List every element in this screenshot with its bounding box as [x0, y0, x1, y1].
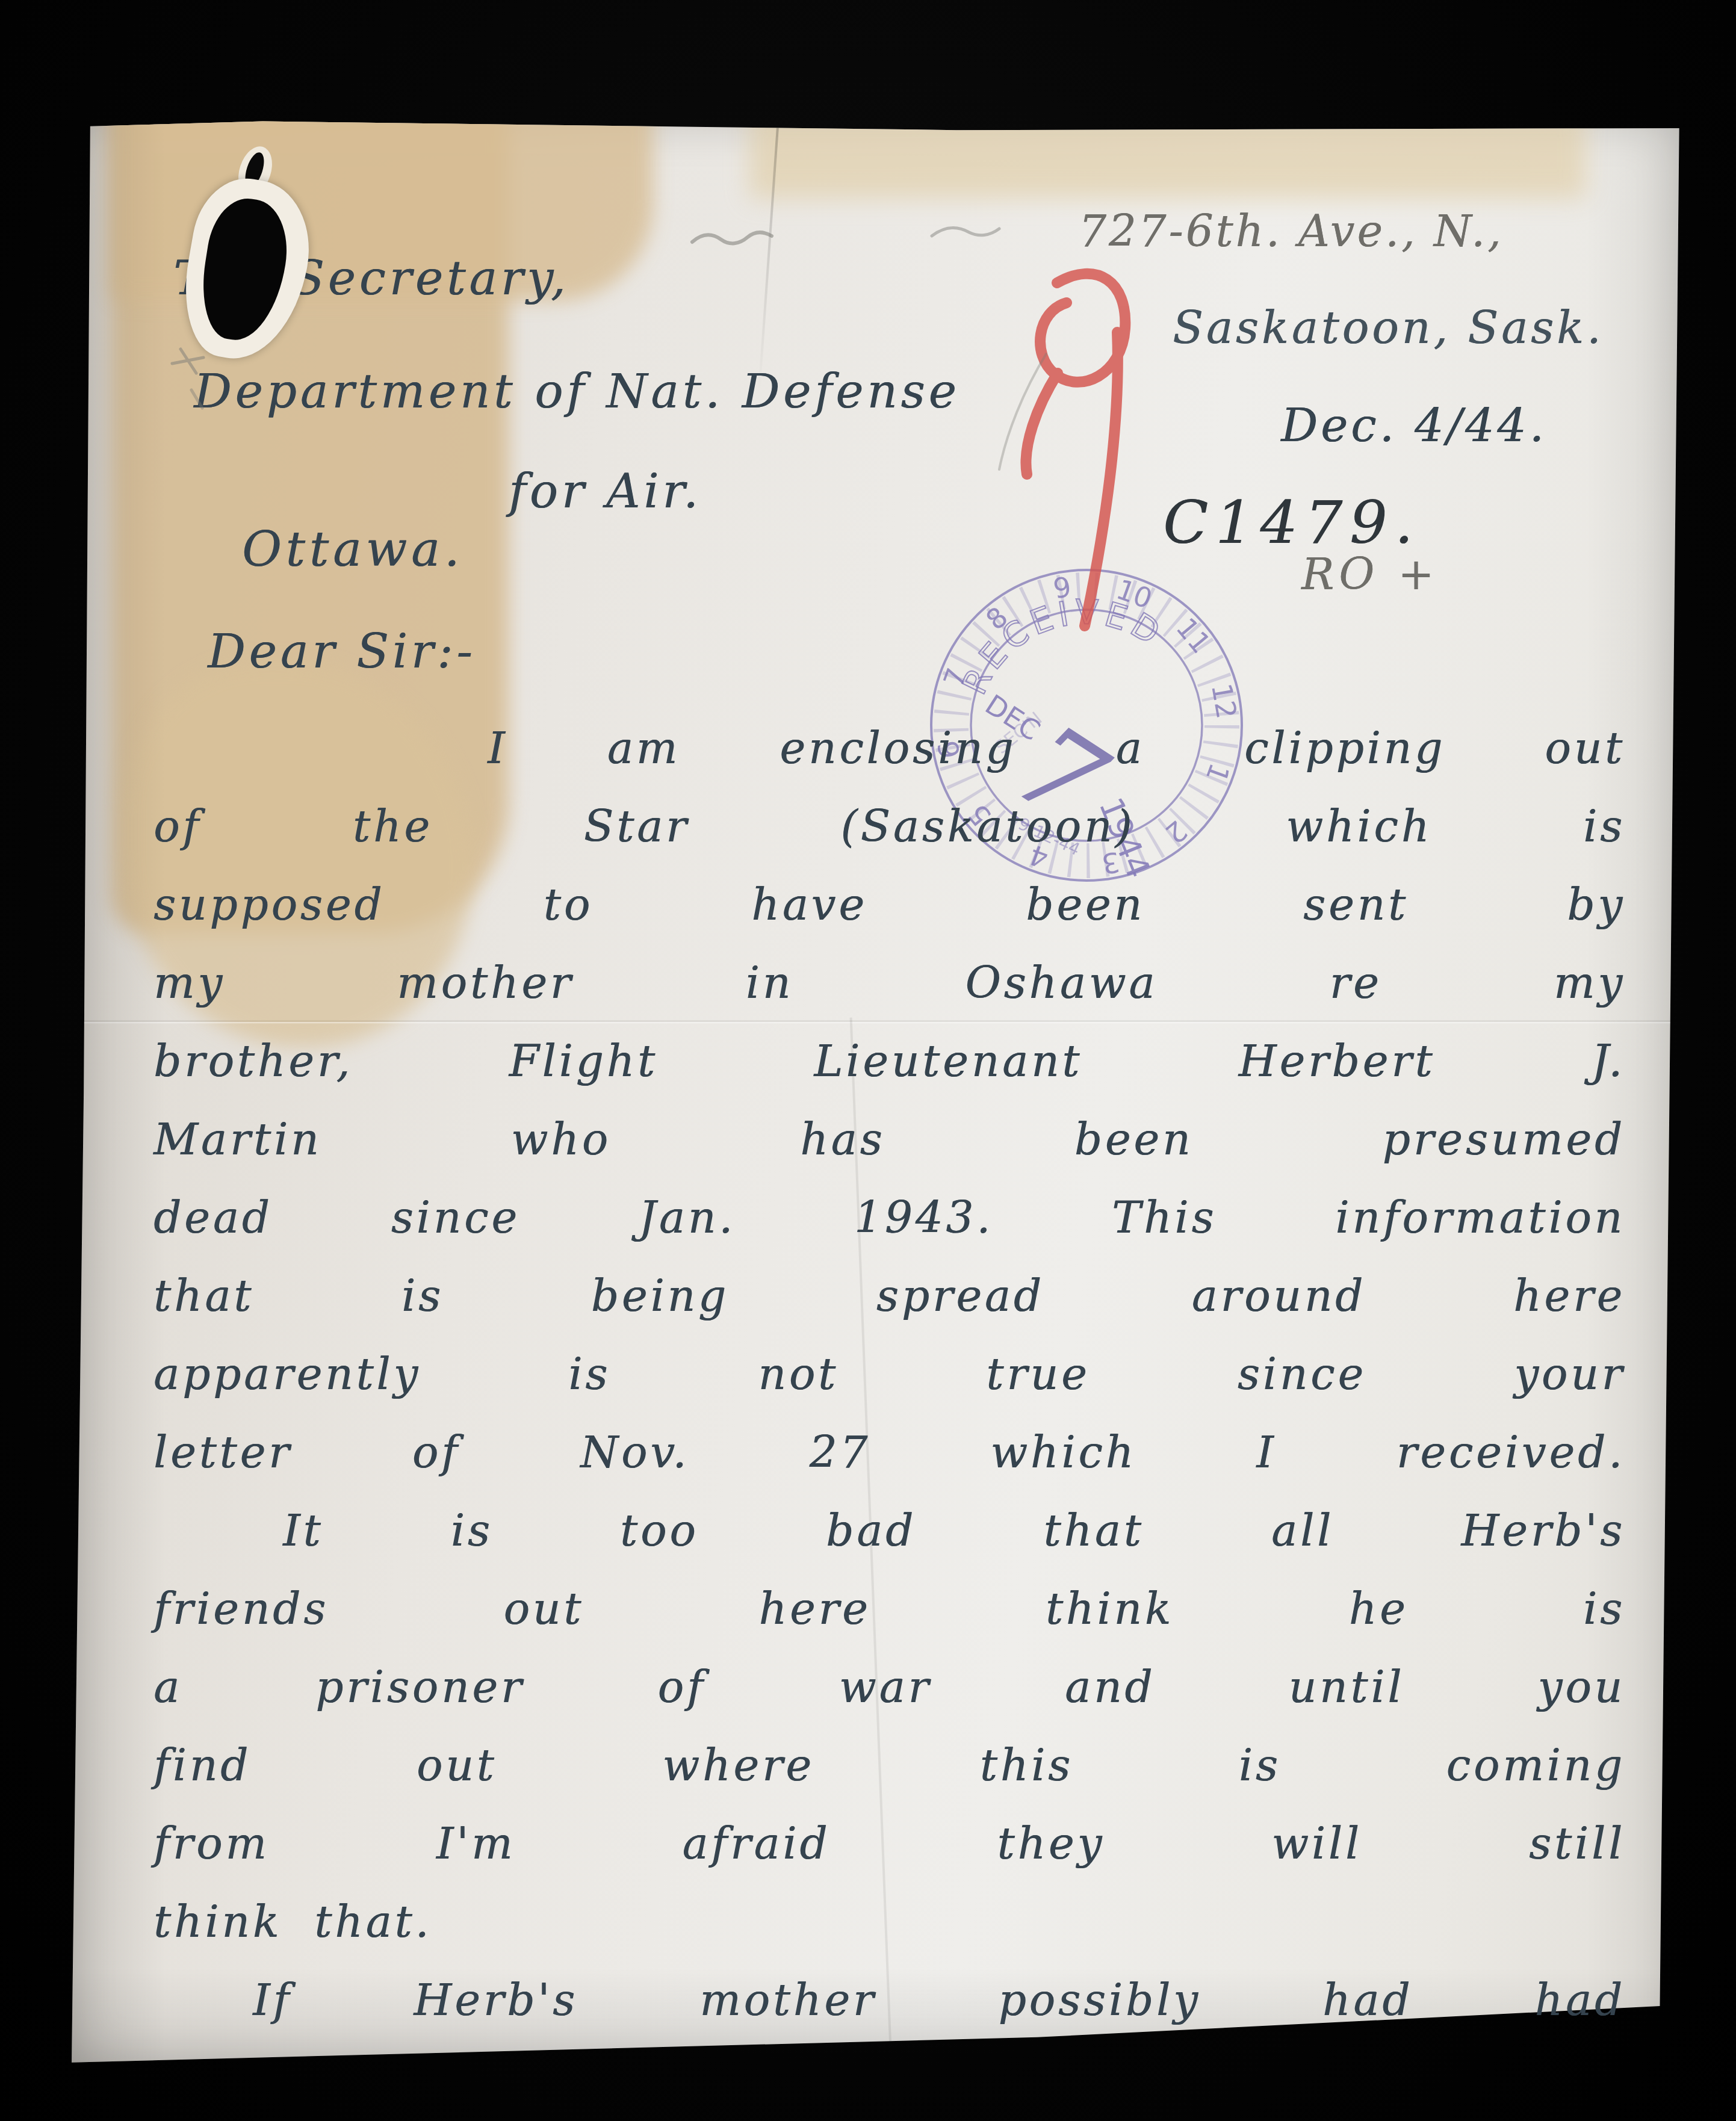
letter-body-line: brother, Flight Lieutenant Herbert J. [153, 1022, 1625, 1100]
letter-body: I am enclosing a clipping outof the Star… [153, 709, 1625, 2039]
file-number: C1479. [1163, 489, 1421, 557]
recipient-line-3: for Air. [509, 465, 702, 519]
letter-body-line: my mother in Oshawa re my [153, 944, 1625, 1022]
letter-body-line: a prisoner of war and until you [153, 1648, 1625, 1726]
letter-body-line: from I'm afraid they will still [153, 1804, 1625, 1883]
recipient-line-4: Ottawa. [242, 521, 463, 577]
sender-address-line-1: 727-6th. Ave., N., [1079, 206, 1504, 256]
letter-body-line: of the Star (Saskatoon) which is [153, 787, 1625, 865]
letter-body-line: dead since Jan. 1943. This information [153, 1178, 1625, 1257]
letter-body-line: apparently is not true since your [153, 1335, 1625, 1413]
letter-body-line: friends out here think he is [153, 1570, 1625, 1648]
sender-address-line-2: Saskatoon, Sask. [1173, 302, 1604, 354]
letter-body-line: Martin who has been presumed [153, 1100, 1625, 1178]
recipient-line-2: Department of Nat. Defense [194, 365, 960, 419]
letter-body-line: I am enclosing a clipping out [488, 709, 1625, 787]
salutation: Dear Sir:- [208, 625, 476, 679]
letter-body-line: letter of Nov. 27 which I received. [153, 1413, 1625, 1491]
letter-body-line: If Herb's mother possibly had had [253, 1961, 1625, 2039]
letter-body-line: supposed to have been sent by [153, 865, 1625, 944]
letter-body-line: think that. [153, 1883, 1625, 1961]
photograph-of-letter: 891011121234567 RECEIVED DEC 7 1944 9-12… [0, 0, 1736, 2121]
pencil-annotation: RO + [1301, 549, 1439, 599]
letter-date: Dec. 4/44. [1281, 398, 1547, 452]
letter-body-line: It is too bad that all Herb's [283, 1491, 1625, 1570]
letter-body-line: that is being spread around here [153, 1257, 1625, 1335]
letter-body-line: find out where this is coming [153, 1726, 1625, 1804]
